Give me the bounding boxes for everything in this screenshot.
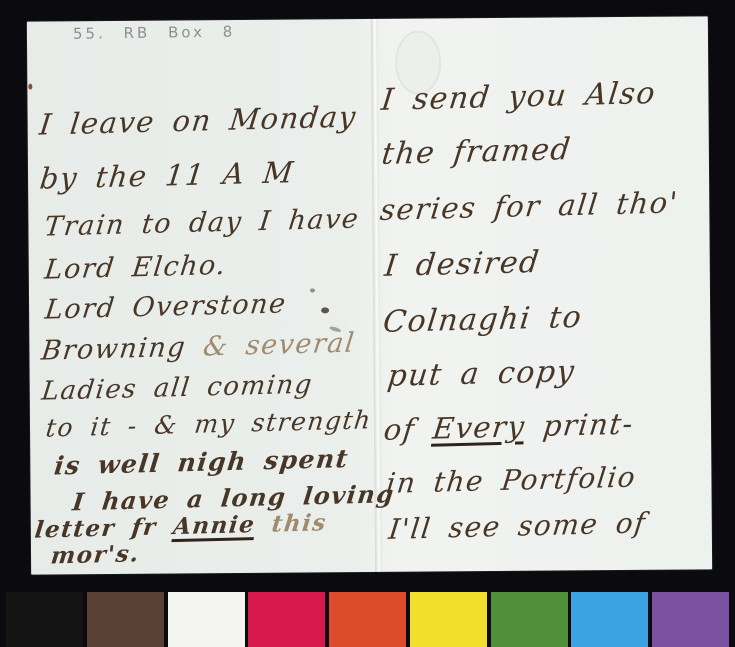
handwriting-line: I send you Also: [379, 76, 658, 118]
archival-annotation: 55. RB Box 8: [73, 23, 236, 43]
handwriting-segment: I desired: [383, 245, 542, 284]
handwriting-segment: Lord Elcho.: [43, 250, 228, 286]
handwriting-segment: print-: [523, 407, 635, 444]
handwriting-segment: I send you Also: [379, 76, 658, 118]
handwriting-segment: in the Portfolio: [385, 460, 639, 499]
handwriting-segment: Lord Overstone: [43, 288, 288, 325]
color-swatch-vermilion: [329, 592, 406, 647]
color-swatch-crimson: [248, 592, 325, 647]
handwriting-line: I desired: [383, 245, 542, 284]
handwriting-segment: letter fr: [33, 513, 174, 544]
handwriting-segment: Train to day I have: [43, 204, 361, 243]
color-swatch-yellow: [410, 592, 487, 647]
handwriting-line: series for all tho': [378, 185, 680, 227]
handwriting-segment: of: [382, 412, 435, 447]
handwriting-segment: Ladies all coming: [40, 370, 315, 407]
handwriting-line: I leave on Monday: [38, 100, 359, 142]
handwriting-segment: by the 11 A M: [38, 155, 296, 196]
handwriting-line: of Every print-: [382, 407, 636, 447]
color-swatch-brown: [87, 592, 164, 647]
ink-blot: [310, 288, 315, 292]
page-right-lines: I send you Alsothe framedseries for all …: [27, 16, 708, 21]
color-swatch-black: [6, 592, 83, 647]
handwriting-segment: is well nigh spent: [53, 444, 351, 481]
handwriting-segment: Colnaghi to: [381, 300, 584, 340]
handwriting-segment: series for all tho': [378, 185, 680, 227]
handwriting-segment: the framed: [380, 132, 573, 172]
page-left-lines: I leave on Mondayby the 11 A MTrain to d…: [27, 16, 708, 21]
color-swatch-blue: [571, 592, 648, 647]
handwriting-segment: this: [254, 509, 329, 538]
handwriting-line: the framed: [380, 132, 573, 172]
color-swatch-white: [168, 592, 245, 647]
handwriting-line: I'll see some of: [387, 506, 648, 546]
paper-speck: [28, 84, 32, 90]
color-calibration-bar: [6, 592, 729, 647]
handwriting-line: by the 11 A M: [38, 155, 296, 196]
handwriting-segment: Every: [431, 409, 527, 445]
handwriting-segment: Browning: [40, 331, 205, 366]
handwriting-segment: I'll see some of: [387, 506, 648, 546]
handwriting-line: is well nigh spent: [53, 444, 351, 481]
handwriting-segment: Annie: [172, 511, 257, 540]
handwriting-segment: mor's.: [49, 540, 141, 569]
handwriting-line: to it - & my strength: [44, 405, 373, 442]
letter-sheet: 55. RB Box 8 I leave on Mondayby the 11 …: [27, 16, 712, 574]
handwriting-line: Ladies all coming: [40, 370, 315, 407]
handwriting-line: Browning & several: [40, 328, 357, 367]
handwriting-segment: I leave on Monday: [38, 100, 359, 142]
handwriting-line: Colnaghi to: [381, 300, 584, 340]
handwriting-line: mor's.: [49, 540, 141, 569]
color-swatch-green: [491, 592, 568, 647]
handwriting-line: Lord Elcho.: [43, 250, 228, 286]
ink-blot: [321, 307, 329, 313]
photograph-background: 55. RB Box 8 I leave on Mondayby the 11 …: [0, 0, 735, 647]
handwriting-line: put a copy: [386, 354, 578, 394]
handwriting-segment: & several: [201, 328, 356, 363]
handwriting-segment: put a copy: [386, 354, 578, 394]
handwriting-segment: to it - & my strength: [44, 405, 373, 442]
handwriting-line: in the Portfolio: [385, 460, 639, 499]
handwriting-line: Lord Overstone: [43, 288, 288, 325]
color-swatch-purple: [652, 592, 729, 647]
handwriting-line: Train to day I have: [43, 204, 361, 243]
